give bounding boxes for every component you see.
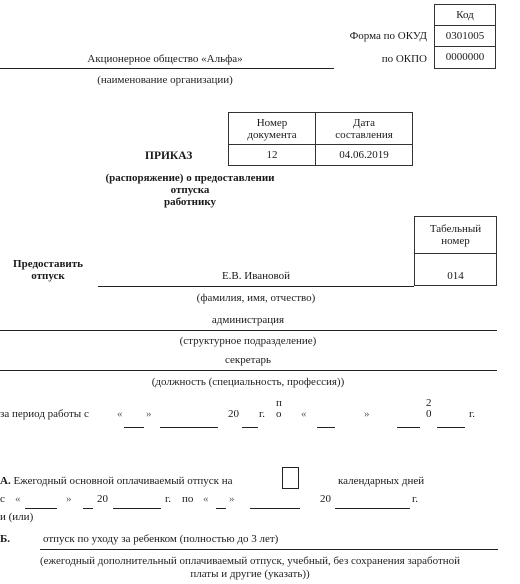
grant-label-1: Предоставить xyxy=(0,258,96,270)
days-label: календарных дней xyxy=(338,475,424,487)
doc-number-cell[interactable]: 12 xyxy=(228,144,316,166)
section-a-close-quote: » xyxy=(66,493,72,505)
period-year-suffix: г. xyxy=(259,408,265,420)
period-close-quote: » xyxy=(146,408,152,420)
employee-name-caption: (фамилия, имя, отчество) xyxy=(98,292,414,304)
period-open-quote: « xyxy=(117,408,123,420)
section-a-year-suffix-2: г. xyxy=(412,493,418,505)
organization-name[interactable]: Акционерное общество «Альфа» xyxy=(0,53,330,65)
period-year-prefix: 20 xyxy=(228,408,239,420)
section-a-month-end-field[interactable] xyxy=(250,508,300,509)
organization-caption: (наименование организации) xyxy=(0,74,330,86)
section-a-year-end-field[interactable] xyxy=(335,508,410,509)
section-a-year-prefix-2: 20 xyxy=(320,493,331,505)
period-year-start-field[interactable] xyxy=(242,427,258,428)
section-a-to-label: по xyxy=(182,493,193,505)
code-header-cell: Код xyxy=(434,4,496,25)
section-a-letter: А. xyxy=(0,475,11,487)
tabel-value-cell[interactable]: 014 xyxy=(414,253,497,286)
grant-label-2: отпуск xyxy=(0,270,96,282)
section-a-day-start-field[interactable] xyxy=(25,508,57,509)
order-subtitle-3: работнику xyxy=(80,196,300,208)
position-caption: (должность (специальность, профессия)) xyxy=(0,376,496,388)
doc-date-header: Дата составления xyxy=(315,112,413,145)
doc-date-value: 04.06.2019 xyxy=(339,149,389,161)
period-year-end-field[interactable] xyxy=(437,427,465,428)
section-a-month-start-field[interactable] xyxy=(83,508,93,509)
period-po-bottom: о xyxy=(276,408,282,420)
section-a-close-quote-2: » xyxy=(229,493,235,505)
section-b-underline xyxy=(40,549,498,550)
tabel-header-label: Табельный номер xyxy=(426,223,486,247)
code-header-label: Код xyxy=(456,9,474,21)
section-b-caption-2: платы и другие (указать)) xyxy=(0,568,500,580)
employee-name-underline xyxy=(98,286,414,287)
vacation-days-box[interactable] xyxy=(282,467,299,489)
period-end-suffix: г. xyxy=(469,408,475,420)
section-b-text[interactable]: отпуск по уходу за ребенком (полностью д… xyxy=(43,533,278,545)
period-month-start-field[interactable] xyxy=(160,427,218,428)
period-day-end-field[interactable] xyxy=(317,427,335,428)
organization-underline xyxy=(0,68,334,69)
tabel-value: 014 xyxy=(447,270,464,282)
employee-name[interactable]: Е.В. Ивановой xyxy=(98,270,414,282)
order-title: ПРИКАЗ xyxy=(145,150,192,162)
period-label: за период работы с xyxy=(0,408,89,420)
section-a-day-end-field[interactable] xyxy=(216,508,226,509)
section-a-year-start-field[interactable] xyxy=(113,508,161,509)
okud-value: 0301005 xyxy=(446,30,485,42)
section-a-year-prefix: 20 xyxy=(97,493,108,505)
department-caption: (структурное подразделение) xyxy=(0,335,496,347)
section-b-letter: Б. xyxy=(0,533,10,545)
order-subtitle-2: отпуска xyxy=(80,184,300,196)
period-day-start-field[interactable] xyxy=(124,427,144,428)
tabel-header-cell: Табельный номер xyxy=(414,216,497,254)
section-a-text: Ежегодный основной оплачиваемый отпуск н… xyxy=(13,475,232,487)
doc-number-header-label: Номер документа xyxy=(237,117,307,141)
okpo-value-cell: 0000000 xyxy=(434,46,496,69)
period-open-quote-2: « xyxy=(301,408,307,420)
section-a-open-quote: « xyxy=(15,493,21,505)
department-underline xyxy=(0,330,497,331)
section-b-caption-1: (ежегодный дополнительный оплачиваемый о… xyxy=(0,555,500,567)
period-month-end-field[interactable] xyxy=(397,427,420,428)
period-zero-bottom: 0 xyxy=(426,408,432,420)
or-label: и (или) xyxy=(0,511,33,523)
okud-label: Форма по ОКУД xyxy=(350,30,427,42)
doc-number-header: Номер документа xyxy=(228,112,316,145)
department[interactable]: администрация xyxy=(0,314,496,326)
period-close-quote-2: » xyxy=(364,408,370,420)
doc-number-value: 12 xyxy=(267,149,278,161)
okpo-label: по ОКПО xyxy=(382,53,427,65)
section-a-year-suffix: г. xyxy=(165,493,171,505)
doc-date-header-label: Дата составления xyxy=(329,117,399,141)
section-a-from-label: с xyxy=(0,493,5,505)
position[interactable]: секретарь xyxy=(0,354,496,366)
okud-value-cell: 0301005 xyxy=(434,25,496,47)
okpo-value: 0000000 xyxy=(446,51,485,63)
order-subtitle-1: (распоряжение) о предоставлении xyxy=(80,172,300,184)
section-a-open-quote-2: « xyxy=(203,493,209,505)
section-a-line: А. Ежегодный основной оплачиваемый отпус… xyxy=(0,475,233,487)
doc-date-cell[interactable]: 04.06.2019 xyxy=(315,144,413,166)
position-underline xyxy=(0,370,497,371)
